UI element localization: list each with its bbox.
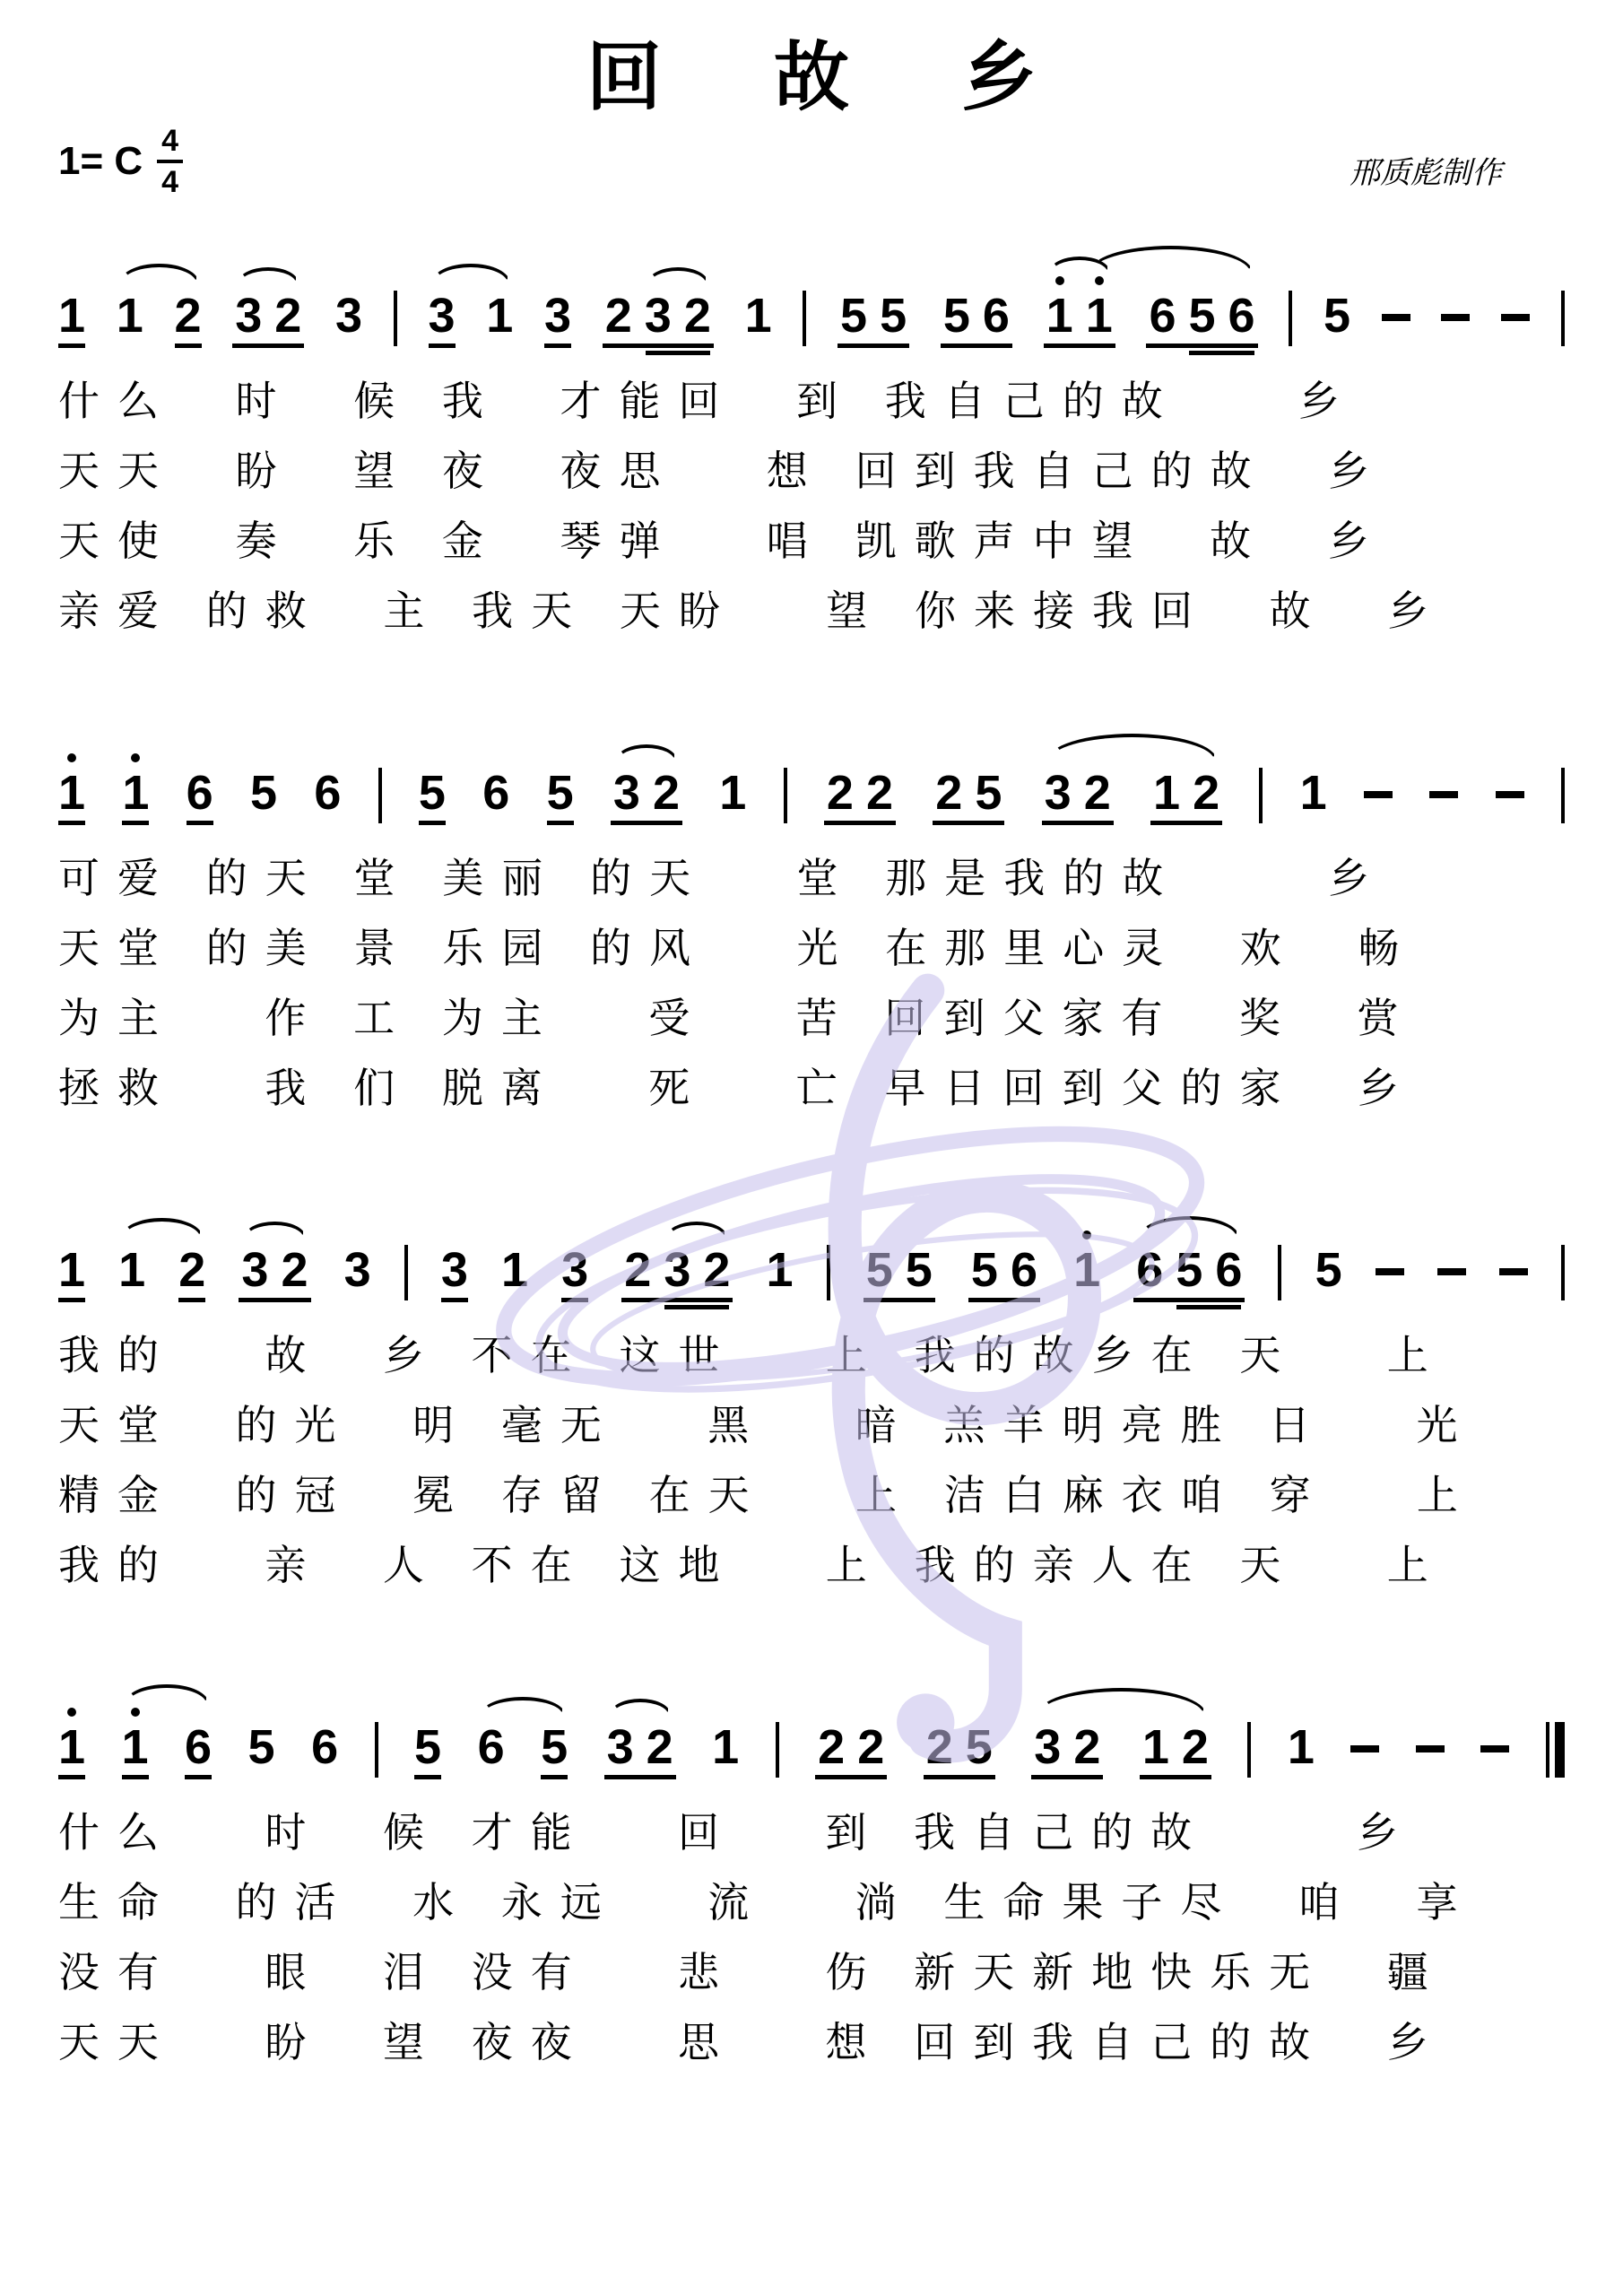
notation-line: 11232331323215556116565: [58, 255, 1565, 348]
beam-group: 32: [604, 1722, 676, 1779]
dash-hold: [1441, 314, 1470, 321]
time-denominator: 4: [161, 166, 178, 197]
dash-hold: [1480, 1745, 1509, 1752]
note-digit: 2: [281, 1245, 308, 1295]
note-digit: 5: [1324, 291, 1350, 341]
beam-group: 32: [1042, 768, 1114, 825]
beam-group: 11: [1044, 291, 1115, 348]
note-digit: 5: [541, 1722, 568, 1779]
dash-hold: [1496, 791, 1524, 798]
note-digit: 1: [58, 1245, 85, 1302]
note-digit: 3: [441, 1245, 468, 1302]
note-digit-high-octave: 1: [58, 768, 85, 825]
note-digit: 1: [501, 1245, 528, 1295]
note-digit: 2: [926, 1722, 953, 1772]
music-system: 11232331323215556116565什么 时 候 我 才能回 到 我自…: [58, 255, 1565, 646]
note-digit: 2: [1073, 1722, 1100, 1772]
dash-hold: [1382, 314, 1410, 321]
note-digit: 5: [414, 1722, 441, 1779]
lyrics-block: 我的 故 乡 不在 这世 上 我的故乡在 天 上天堂 的光 明 毫无 黑 暗 羔…: [58, 1320, 1565, 1600]
dash-hold: [1364, 791, 1393, 798]
beam-group: 232: [603, 291, 714, 348]
barline: [784, 768, 787, 823]
slur-arc: [121, 1218, 203, 1238]
lyric-row: 什么 时 候 才能 回 到 我自己的故 乡: [58, 1797, 1565, 1867]
credit-text: 邢质彪制作: [1350, 148, 1502, 197]
note-digit: 2: [1193, 768, 1219, 818]
sheet-page: 回 故 乡 1= C 4 4 邢质彪制作 1123233132321555611…: [0, 0, 1623, 2296]
note-digit: 2: [175, 291, 202, 348]
note-digit: 5: [840, 291, 867, 341]
note-digit: 2: [935, 768, 962, 818]
note-digit: 1: [1300, 768, 1327, 818]
note-digit: 2: [1084, 768, 1111, 818]
beam-group: 32: [239, 1245, 310, 1302]
note-digit: 1: [486, 291, 513, 341]
dash-hold: [1499, 1268, 1528, 1275]
note-digit: 6: [1149, 291, 1176, 341]
barline: [1561, 768, 1565, 823]
note-digit-high-octave: 1: [122, 1722, 149, 1779]
slur-arc: [666, 1222, 727, 1238]
notation-systems: 11232331323215556116565什么 时 候 我 才能回 到 我自…: [58, 255, 1565, 2077]
note-digit: 5: [971, 1245, 998, 1295]
note-digit: 6: [187, 768, 213, 825]
lyric-row: 没有 眼 泪 没有 悲 伤 新天新地快乐无 疆: [58, 1937, 1565, 2007]
note-digit-high-octave: 1: [122, 768, 149, 825]
note-digit: 3: [607, 1722, 634, 1772]
note-digit: 1: [58, 291, 85, 348]
note-digit: 3: [544, 291, 571, 348]
slur-arc: [647, 267, 708, 283]
note-digit: 2: [684, 291, 711, 341]
lyrics-block: 可爱 的天 堂 美丽 的天 堂 那是我的故 乡天堂 的美 景 乐园 的风 光 在…: [58, 843, 1565, 1123]
barline: [378, 768, 382, 823]
beam-subgroup: 56: [1188, 291, 1254, 341]
dash-hold: [1429, 791, 1458, 798]
barline: [776, 1722, 779, 1778]
lyric-row: 天天 盼 望 夜 夜思 想 回到我自己的故 乡: [58, 436, 1565, 506]
barline: [803, 291, 806, 346]
note-digit: 5: [1188, 291, 1215, 341]
note-digit: 5: [250, 768, 277, 818]
key-prefix: 1= C: [58, 139, 143, 184]
note-digit: 2: [647, 1722, 673, 1772]
note-digit: 3: [235, 291, 262, 341]
note-digit: 3: [1034, 1722, 1061, 1772]
note-digit: 5: [248, 1722, 275, 1772]
music-system: 1123233132321555616565我的 故 乡 不在 这世 上 我的故…: [58, 1209, 1565, 1600]
note-digit: 3: [344, 1245, 371, 1295]
lyric-row: 我的 故 乡 不在 这世 上 我的故乡在 天 上: [58, 1320, 1565, 1390]
barline: [375, 1722, 378, 1778]
note-digit: 1: [712, 1722, 739, 1772]
beam-group: 25: [924, 1722, 995, 1779]
barline: [1289, 291, 1292, 346]
final-barline: [1546, 1722, 1565, 1778]
note-digit: 2: [605, 291, 632, 341]
beam-group: 656: [1133, 1245, 1245, 1302]
lyrics-block: 什么 时 候 我 才能回 到 我自己的故 乡天天 盼 望 夜 夜思 想 回到我自…: [58, 366, 1565, 646]
note-digit: 1: [1153, 768, 1180, 818]
note-digit: 6: [478, 1722, 505, 1772]
notation-line: 11656565321222532121: [58, 1686, 1565, 1779]
note-digit: 5: [419, 768, 446, 825]
dash-hold: [1416, 1745, 1445, 1752]
dash-hold: [1376, 1268, 1404, 1275]
dash-hold: [1350, 1745, 1379, 1752]
beam-group: 12: [1150, 768, 1222, 825]
note-digit: 2: [703, 1245, 730, 1295]
slur-arc: [610, 1699, 671, 1715]
note-digit: 1: [117, 291, 143, 341]
lyric-row: 天堂 的光 明 毫无 黑 暗 羔羊明亮胜 日 光: [58, 1390, 1565, 1460]
dash-hold: [1501, 314, 1530, 321]
note-digit: 3: [241, 1245, 268, 1295]
note-digit: 2: [827, 768, 854, 818]
barline: [1247, 1722, 1251, 1778]
beam-group: 32: [611, 768, 682, 825]
beam-group: 32: [232, 291, 304, 348]
slur-arc: [238, 267, 299, 283]
note-digit: 6: [1215, 1245, 1242, 1295]
dash-hold: [1437, 1268, 1466, 1275]
note-digit: 5: [906, 1245, 933, 1295]
note-digit: 5: [975, 768, 1002, 818]
music-system: 11656565321222532121什么 时 候 才能 回 到 我自己的故 …: [58, 1686, 1565, 2077]
note-digit: 2: [178, 1245, 205, 1302]
note-digit: 3: [429, 291, 456, 348]
note-digit: 1: [767, 1245, 794, 1295]
note-digit: 6: [185, 1722, 212, 1779]
note-digit: 2: [274, 291, 301, 341]
lyric-row: 天天 盼 望 夜夜 思 想 回到我自己的故 乡: [58, 2007, 1565, 2077]
notation-line: 11656565321222532121: [58, 732, 1565, 825]
note-digit: 1: [118, 1245, 145, 1295]
note-digit: 2: [653, 768, 680, 818]
time-numerator: 4: [157, 126, 183, 163]
slur-arc: [125, 1684, 210, 1704]
note-digit: 6: [482, 768, 509, 818]
note-digit: 2: [857, 1722, 884, 1772]
note-digit: 2: [818, 1722, 845, 1772]
beam-group: 55: [864, 1245, 935, 1302]
note-digit: 5: [880, 291, 907, 341]
note-digit-high-octave: 1: [1046, 291, 1073, 341]
slur-arc: [481, 1697, 566, 1715]
barline: [827, 1245, 830, 1300]
slur-arc: [1139, 1216, 1239, 1238]
beam-group: 56: [968, 1245, 1040, 1302]
note-digit: 5: [1315, 1245, 1342, 1295]
lyric-row: 可爱 的天 堂 美丽 的天 堂 那是我的故 乡: [58, 843, 1565, 913]
note-digit: 6: [1228, 291, 1255, 341]
beam-group: 56: [941, 291, 1012, 348]
slur-arc: [616, 744, 677, 761]
beam-subgroup: 32: [645, 291, 711, 341]
slur-arc: [244, 1222, 305, 1238]
slur-arc: [431, 264, 511, 283]
barline: [1278, 1245, 1281, 1300]
slur-arc: [1047, 734, 1217, 761]
barline: [404, 1245, 408, 1300]
lyric-row: 拯救 我 们 脱离 死 亡 早日回到父的家 乡: [58, 1053, 1565, 1123]
beam-group: 25: [933, 768, 1004, 825]
slur-arc: [1037, 1688, 1206, 1715]
note-digit: 3: [613, 768, 640, 818]
note-digit: 5: [966, 1722, 993, 1772]
note-digit: 5: [943, 291, 970, 341]
note-digit: 3: [645, 291, 672, 341]
beam-group: 232: [621, 1245, 733, 1302]
note-digit: 6: [1011, 1245, 1037, 1295]
note-digit-high-octave: 1: [1073, 1245, 1100, 1295]
lyrics-block: 什么 时 候 才能 回 到 我自己的故 乡生命 的活 水 永远 流 淌 生命果子…: [58, 1797, 1565, 2077]
lyric-row: 天使 奏 乐 金 琴弹 唱 凯歌声中望 故 乡: [58, 506, 1565, 576]
note-digit: 6: [983, 291, 1010, 341]
note-digit: 1: [1288, 1722, 1315, 1772]
note-digit: 1: [745, 291, 772, 341]
note-digit: 2: [624, 1245, 651, 1295]
beam-group: 32: [1031, 1722, 1103, 1779]
beam-subgroup: 56: [1176, 1245, 1242, 1295]
note-digit: 6: [311, 1722, 338, 1772]
barline: [1561, 291, 1565, 346]
beam-group: 55: [838, 291, 909, 348]
note-digit: 1: [719, 768, 746, 818]
page-title: 回 故 乡: [105, 38, 1565, 120]
slur-arc: [119, 264, 199, 283]
note-digit: 5: [866, 1245, 893, 1295]
lyric-row: 什么 时 候 我 才能回 到 我自己的故 乡: [58, 366, 1565, 436]
note-digit: 3: [664, 1245, 690, 1295]
note-digit: 3: [561, 1245, 588, 1302]
note-digit: 2: [1182, 1722, 1209, 1772]
lyric-row: 天堂 的美 景 乐园 的风 光 在那里心灵 欢 畅: [58, 913, 1565, 983]
slur-arc: [1089, 246, 1253, 273]
lyric-row: 精金 的冠 冕 存留 在天 上 洁白麻衣咱 穿 上: [58, 1460, 1565, 1530]
note-digit: 1: [1142, 1722, 1169, 1772]
lyric-row: 为主 作 工 为主 受 苦 回到父家有 奖 赏: [58, 983, 1565, 1053]
note-digit-high-octave: 1: [58, 1722, 85, 1779]
barline: [394, 291, 397, 346]
time-signature: 4 4: [157, 126, 183, 197]
key-signature: 1= C 4 4: [58, 126, 183, 197]
note-digit: 3: [1045, 768, 1072, 818]
note-digit: 6: [1136, 1245, 1163, 1295]
lyric-row: 亲爱 的救 主 我天 天盼 望 你来接我回 故 乡: [58, 576, 1565, 646]
barline: [1561, 1245, 1565, 1300]
note-digit-high-octave: 1: [1086, 291, 1113, 341]
barline: [1259, 768, 1263, 823]
beam-group: 656: [1146, 291, 1257, 348]
note-digit: 3: [335, 291, 362, 341]
beam-group: 12: [1140, 1722, 1211, 1779]
lyric-row: 我的 亲 人 不在 这地 上 我的亲人在 天 上: [58, 1530, 1565, 1600]
note-digit: 5: [547, 768, 574, 825]
note-digit: 6: [314, 768, 341, 818]
lyric-row: 生命 的活 水 永远 流 淌 生命果子尽 咱 享: [58, 1867, 1565, 1937]
beam-subgroup: 32: [664, 1245, 730, 1295]
music-system: 11656565321222532121可爱 的天 堂 美丽 的天 堂 那是我的…: [58, 732, 1565, 1123]
beam-group: 22: [815, 1722, 887, 1779]
notation-line: 1123233132321555616565: [58, 1209, 1565, 1302]
note-digit: 5: [1176, 1245, 1202, 1295]
beam-group: 22: [824, 768, 896, 825]
note-digit: 2: [866, 768, 893, 818]
